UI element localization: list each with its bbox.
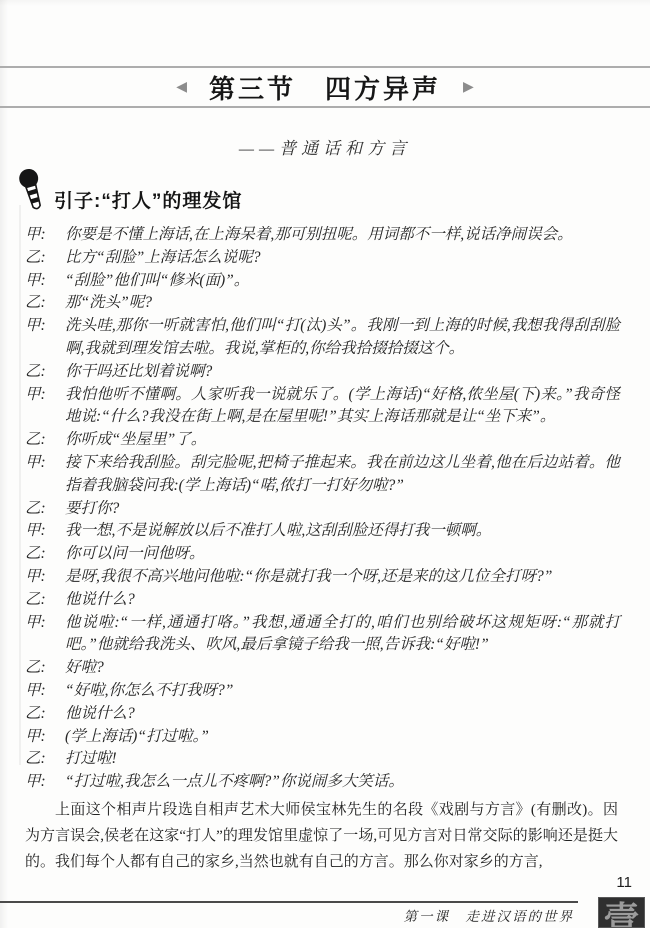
speaker-label: 甲: xyxy=(25,680,65,703)
microphone-icon xyxy=(14,166,50,219)
speaker-label: 甲: xyxy=(25,224,65,247)
dialogue-text: 你干吗还比划着说啊? xyxy=(65,361,620,384)
textbook-page: ◀ 第三节 四方异声 ▶ ——普通话和方言 引子:“打人”的理发馆 甲: 你要是… xyxy=(0,0,650,928)
speaker-label: 乙: xyxy=(25,361,65,384)
header-rule-bottom xyxy=(0,106,650,108)
right-triangle-icon: ▶ xyxy=(463,80,474,94)
dialogue-turn: 甲: 我一想,不是说解放以后不准打人啦,这刮刮脸还得打我一顿啊。 xyxy=(25,520,620,543)
dialogue-turn: 乙: 你听成“坐屋里”了。 xyxy=(25,429,620,452)
dialogue-text: 你可以问一问他呀。 xyxy=(65,543,620,566)
speaker-label: 乙: xyxy=(25,703,65,726)
dialogue-text: 是呀,我很不高兴地问他啦:“你是就打我一个呀,还是来的这几位全打呀?” xyxy=(65,566,620,589)
speaker-label: 甲: xyxy=(25,452,65,498)
dialogue-turn: 甲: 我怕他听不懂啊。人家听我一说就乐了。(学上海话)“好格,侬坐屋(下)来。”… xyxy=(25,384,620,430)
intro-title: 引子:“打人”的理发馆 xyxy=(54,186,242,213)
dialogue-turn: 乙: 你干吗还比划着说啊? xyxy=(25,361,620,384)
seal-character: 壹 xyxy=(603,898,639,927)
speaker-label: 乙: xyxy=(25,429,65,452)
dialogue-turn: 甲: 接下来给我刮脸。刮完脸呢,把椅子推起来。我在前边这儿坐着,他在后边站着。他… xyxy=(25,452,620,498)
dialogue-turn: 乙: 他说什么? xyxy=(25,589,620,612)
dialogue-text: 比方“刮脸”上海话怎么说呢? xyxy=(65,247,620,270)
scan-gutter-shadow xyxy=(19,205,21,765)
speaker-label: 甲: xyxy=(25,771,65,794)
dialogue-turn: 乙: 你可以问一问他呀。 xyxy=(25,543,620,566)
dialogue-text: 我一想,不是说解放以后不准打人啦,这刮刮脸还得打我一顿啊。 xyxy=(65,520,620,543)
speaker-label: 甲: xyxy=(25,384,65,430)
speaker-label: 乙: xyxy=(25,247,65,270)
dialogue-turn: 乙: 打过啦! xyxy=(25,748,620,771)
speaker-label: 甲: xyxy=(25,315,65,361)
dialogue-text: 接下来给我刮脸。刮完脸呢,把椅子推起来。我在前边这儿坐着,他在后边站着。他指着我… xyxy=(65,452,620,498)
dialogue-turn: 甲: “打过啦,我怎么一点儿不疼啊?”你说闹多大笑话。 xyxy=(25,771,620,794)
left-triangle-icon: ◀ xyxy=(176,80,187,94)
dialogue-text: 他说什么? xyxy=(65,703,620,726)
dialogue-text: 洗头哇,那你一听就害怕,他们叫“打(汰)头”。我刚一到上海的时候,我想我得刮刮脸… xyxy=(65,315,620,361)
dialogue-text: 打过啦! xyxy=(65,748,620,771)
dialogue-text: “打过啦,我怎么一点儿不疼啊?”你说闹多大笑话。 xyxy=(65,771,620,794)
speaker-label: 乙: xyxy=(25,748,65,771)
speaker-label: 乙: xyxy=(25,589,65,612)
dialogue-text: 他说什么? xyxy=(65,589,620,612)
dialogue-text: 他说啦:“一样,通通打咯。”我想,通通全打的,咱们也别给破坏这规矩呀:“那就打吧… xyxy=(65,612,620,658)
section-title: 第三节 四方异声 xyxy=(209,69,441,106)
footer-rule xyxy=(0,901,578,903)
dialogue-text: 要打你? xyxy=(65,498,620,521)
dialogue-turn: 甲: 你要是不懂上海话,在上海呆着,那可别扭呢。用词都不一样,说话净闹误会。 xyxy=(25,224,620,247)
speaker-label: 乙: xyxy=(25,543,65,566)
dialogue-turn: 乙: 好啦? xyxy=(25,657,620,680)
dialogue-turn: 甲: “好啦,你怎么不打我呀?” xyxy=(25,680,620,703)
dialogue-text: “刮脸”他们叫“修米(面)”。 xyxy=(65,270,620,293)
dialogue-turn: 乙: 要打你? xyxy=(25,498,620,521)
speaker-label: 甲: xyxy=(25,726,65,749)
dialogue-text: 那“洗头”呢? xyxy=(65,292,620,315)
section-subtitle: ——普通话和方言 xyxy=(0,134,650,159)
dialogue-text: 你听成“坐屋里”了。 xyxy=(65,429,620,452)
dialogue-turn: 乙: 他说什么? xyxy=(25,703,620,726)
dialogue-turn: 甲: “刮脸”他们叫“修米(面)”。 xyxy=(25,270,620,293)
dialogue-text: 好啦? xyxy=(65,657,620,680)
dialogue-turn: 甲: (学上海话)“打过啦。” xyxy=(25,726,620,749)
speaker-label: 甲: xyxy=(25,566,65,589)
speaker-label: 乙: xyxy=(25,498,65,521)
dialogue-turn: 乙: 那“洗头”呢? xyxy=(25,292,620,315)
closing-paragraph: 上面这个相声片段选自相声艺术大师侯宝林先生的名段《戏剧与方言》(有删改)。因为方… xyxy=(25,797,618,875)
dialogue-turn: 甲: 洗头哇,那你一听就害怕,他们叫“打(汰)头”。我刚一到上海的时候,我想我得… xyxy=(25,315,620,361)
section-header: ◀ 第三节 四方异声 ▶ xyxy=(0,68,650,106)
speaker-label: 乙: xyxy=(25,292,65,315)
speaker-label: 甲: xyxy=(25,520,65,543)
seal-stamp: 壹 xyxy=(598,897,645,928)
lesson-title: 第一课 走进汉语的世界 xyxy=(404,905,575,925)
page-number: 11 xyxy=(616,874,632,891)
speaker-label: 乙: xyxy=(25,657,65,680)
dialogue-turn: 乙: 比方“刮脸”上海话怎么说呢? xyxy=(25,247,620,270)
speaker-label: 甲: xyxy=(25,612,65,658)
speaker-label: 甲: xyxy=(25,270,65,293)
dialogue-turn: 甲: 他说啦:“一样,通通打咯。”我想,通通全打的,咱们也别给破坏这规矩呀:“那… xyxy=(25,612,620,658)
dialogue-text: “好啦,你怎么不打我呀?” xyxy=(65,680,620,703)
dialogue-text: 你要是不懂上海话,在上海呆着,那可别扭呢。用词都不一样,说话净闹误会。 xyxy=(65,224,620,247)
dialogue-text: (学上海话)“打过啦。” xyxy=(65,726,620,749)
dialogue-turn: 甲: 是呀,我很不高兴地问他啦:“你是就打我一个呀,还是来的这几位全打呀?” xyxy=(25,566,620,589)
dialogue-text: 我怕他听不懂啊。人家听我一说就乐了。(学上海话)“好格,侬坐屋(下)来。”我奇怪… xyxy=(65,384,620,430)
dialogue-list: 甲: 你要是不懂上海话,在上海呆着,那可别扭呢。用词都不一样,说话净闹误会。 乙… xyxy=(25,224,620,794)
